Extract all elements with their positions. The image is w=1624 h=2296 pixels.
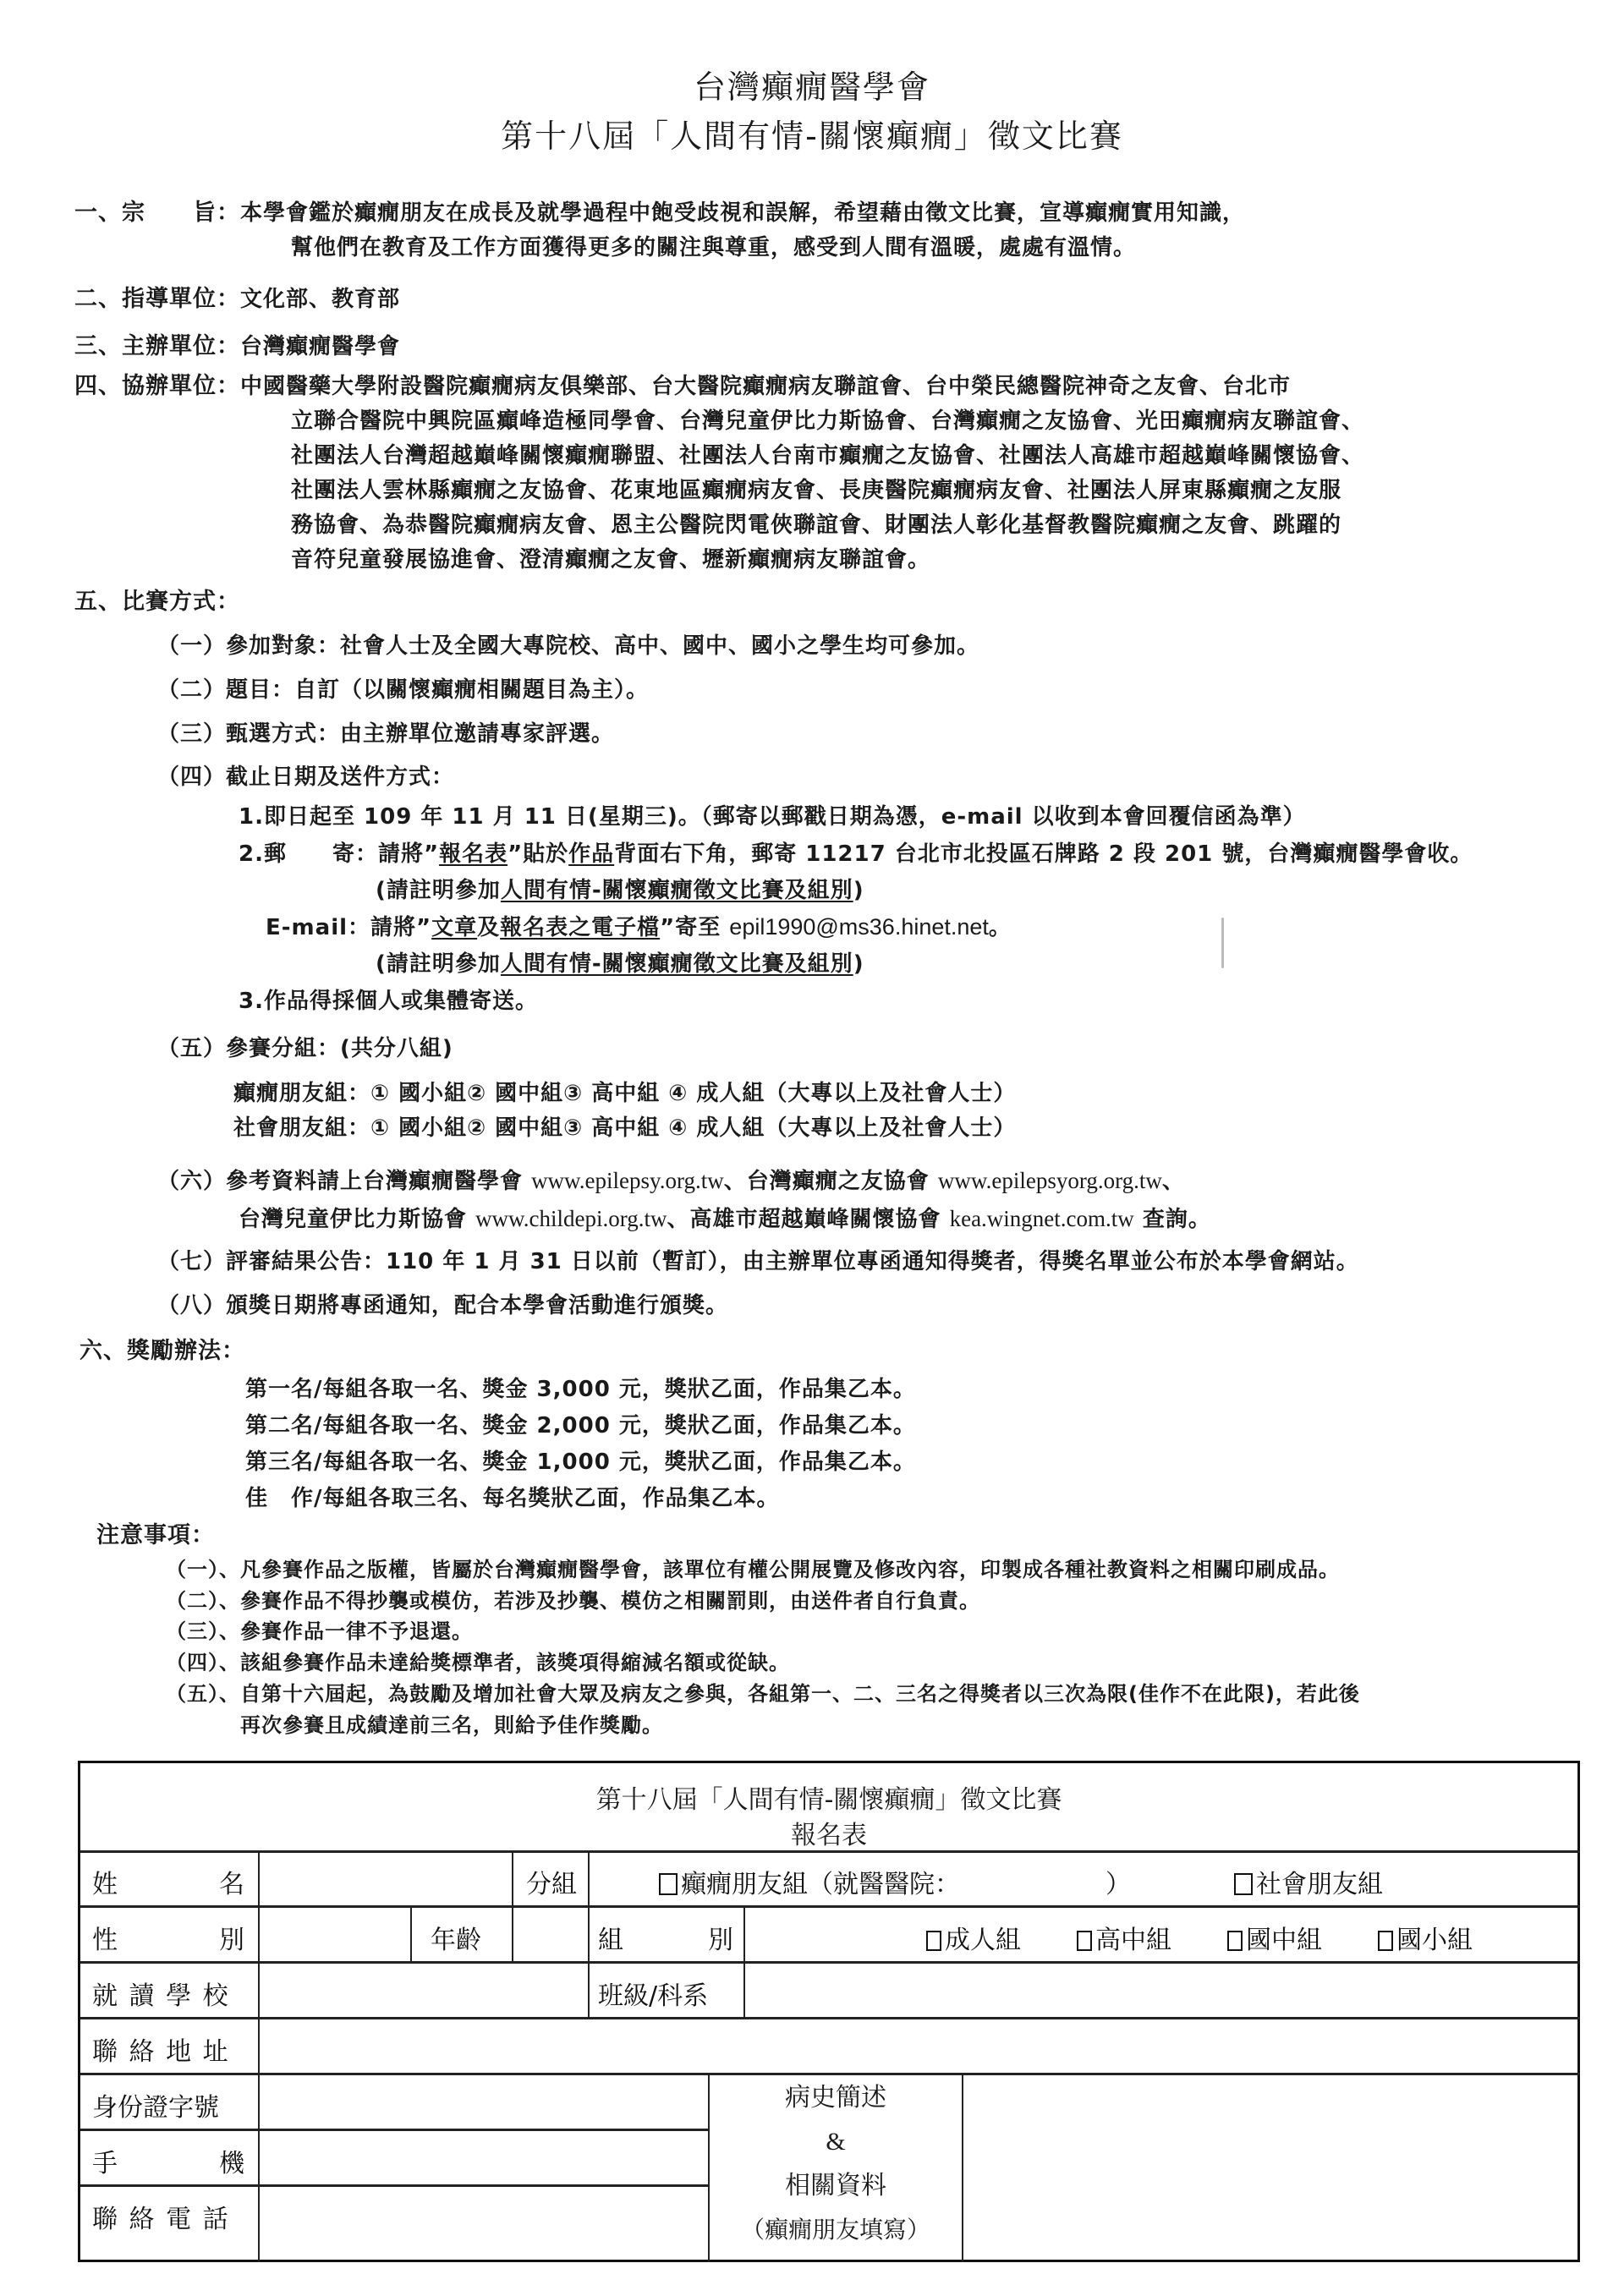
address-input[interactable]: [260, 2019, 1576, 2070]
note-2: （二）、參賽作品不得抄襲或模仿，若涉及抄襲、模仿之相關罰則，由送件者自行負責。: [166, 1587, 980, 1614]
organizer-label: 三、主辦單位：: [74, 333, 240, 359]
epilepsy-friend-checkbox[interactable]: [659, 1873, 678, 1895]
email-address-link[interactable]: epil1990@ms36.hinet.net: [729, 914, 989, 940]
email-note-underlined: 人間有情-關懷癲癇徵文比賽及組別: [501, 951, 853, 977]
mail-address-text: 背面右下角，郵寄 11217 台北市北投區石牌路 2 段 201 號，台灣癲癇醫…: [614, 841, 1473, 867]
notes-label: 注意事項：: [96, 1522, 215, 1549]
elementary-label: 國小組: [1396, 1926, 1473, 1955]
references-text-6: 查詢。: [1134, 1207, 1211, 1232]
col-divider: [410, 1905, 412, 1961]
guidance-value: 文化部、教育部: [240, 287, 400, 312]
phone-label: 聯 絡 電 話: [92, 2198, 230, 2235]
guidance-label: 二、指導單位：: [74, 286, 240, 312]
group-option-elementary[interactable]: 國小組: [1378, 1919, 1473, 1956]
email-instructions: E-mail：請將”文章及報名表之電子檔”寄至 epil1990@ms36.hi…: [266, 913, 1012, 941]
mail-work-underlined: 作品: [568, 841, 614, 867]
note-1: （一）、凡參賽作品之版權，皆屬於台灣癲癇醫學會，該單位有權公開展覽及修改內容，印…: [166, 1556, 1340, 1583]
division-label: 分組: [526, 1863, 577, 1900]
award-second: 第二名/每組各取一名、獎金 2,000 元，獎狀乙面，作品集乙本。: [245, 1412, 916, 1439]
history-input[interactable]: [965, 2075, 1576, 2260]
groups-heading: （五）參賽分組：(共分八組): [157, 1035, 453, 1062]
co-organizers-line-4: 社團法人雲林縣癲癇之友協會、花東地區癲癇病友會、長庚醫院癲癇病友會、社團法人屏東…: [291, 477, 1341, 504]
group-option-junior-high[interactable]: 國中組: [1227, 1919, 1322, 1956]
adult-checkbox[interactable]: [926, 1931, 941, 1951]
name-label: 姓名: [92, 1863, 244, 1900]
co-organizers-line-1: 中國醫藥大學附設醫院癲癇病友俱樂部、台大醫院癲癇病友聯誼會、台中榮民總醫院神奇之…: [240, 374, 1291, 399]
class-input[interactable]: [745, 1964, 1574, 2014]
purpose-line-1: 本學會鑑於癲癇朋友在成長及就學過程中飽受歧視和誤解，希望藉由徵文比賽，宣導癲癇實…: [240, 200, 1245, 226]
url-childepi[interactable]: www.childepi.org.tw: [475, 1206, 667, 1231]
gender-label-char-2: 別: [219, 1919, 244, 1956]
mail-form-underlined: 報名表: [439, 841, 507, 867]
award-honorable: 佳 作/每組各取三名、每名獎狀乙面，作品集乙本。: [245, 1485, 780, 1512]
history-label-line-3: 相關資料: [710, 2164, 962, 2208]
adult-label: 成人組: [945, 1926, 1021, 1955]
selection-item: （三）甄選方式：由主辦單位邀請專家評選。: [157, 721, 614, 748]
mail-note-suffix: ): [853, 878, 864, 903]
elementary-checkbox[interactable]: [1378, 1931, 1393, 1951]
email-note-suffix: ): [853, 951, 864, 977]
email-text-1: 請將”: [370, 915, 431, 940]
mail-instructions: 2.郵 寄：請將”報名表”貼於作品背面右下角，郵寄 11217 台北市北投區石牌…: [239, 841, 1473, 868]
co-organizers-line-6: 音符兒童發展協進會、澄清癲癇之友會、壢新癲癇病友聯誼會。: [291, 546, 930, 573]
history-label-ampersand: &: [710, 2120, 962, 2164]
purpose-section: 一、宗 旨：本學會鑑於癲癇朋友在成長及就學過程中飽受歧視和誤解，希望藉由徵文比賽…: [74, 200, 1245, 227]
junior-high-checkbox[interactable]: [1227, 1931, 1243, 1951]
mail-text-1: 請將”: [378, 841, 439, 867]
references-text-2: 、台灣癲癇之友協會: [724, 1169, 938, 1194]
deadline-suffix: (星期三)。（郵寄以郵戳日期為憑，e-mail 以收到本會回覆信函為準）: [588, 804, 1306, 830]
contest-title: 第十八屆「人間有情-關懷癲癇」徵文比賽: [0, 110, 1624, 156]
participants-item: （一）參加對象：社會人士及全國大專院校、高中、國中、國小之學生均可參加。: [157, 633, 979, 660]
history-label: 病史簡述 & 相關資料 （癲癇朋友填寫）: [710, 2076, 962, 2252]
co-organizers-line-2: 立聯合醫院中興院區癲峰造極同學會、台灣兒童伊比力斯協會、台灣癲癇之友協會、光田癲…: [291, 408, 1364, 435]
co-organizers-section: 四、協辦單位：中國醫藥大學附設醫院癲癇病友俱樂部、台大醫院癲癇病友聯誼會、台中榮…: [74, 373, 1291, 400]
group-label: 組別: [598, 1919, 733, 1956]
references-text-1: （六）參考資料請上台灣癲癇醫學會: [157, 1169, 531, 1194]
references-text-3: 、: [1162, 1169, 1185, 1194]
deadline-prefix: 1.即日起至: [239, 804, 364, 830]
division-epilepsy-option[interactable]: 癲癇朋友組（就醫醫院：: [659, 1863, 960, 1900]
note-3: （三）、參賽作品一律不予退還。: [166, 1618, 473, 1645]
hospital-close-paren: ）: [1106, 1863, 1131, 1900]
note-5: （五）、自第十六屆起，為鼓勵及增加社會大眾及病友之參與，各組第一、二、三名之得獎…: [166, 1680, 1360, 1707]
email-note: (請註明參加人間有情-關懷癲癇徵文比賽及組別): [376, 951, 864, 978]
mail-note: (請註明參加人間有情-關懷癲癇徵文比賽及組別): [376, 877, 864, 904]
award-third: 第三名/每組各取一名、獎金 1,000 元，獎狀乙面，作品集乙本。: [245, 1449, 916, 1476]
col-divider: [962, 2073, 963, 2262]
email-text-4: 。: [989, 915, 1012, 940]
awards-label: 六、獎勵辦法：: [80, 1338, 245, 1365]
form-title: 第十八屆「人間有情-關懷癲癇」徵文比賽: [80, 1778, 1577, 1816]
name-label-char-1: 姓: [92, 1863, 118, 1900]
email-text-2: 及: [477, 915, 500, 940]
social-friend-checkbox[interactable]: [1234, 1873, 1253, 1895]
history-label-line-1: 病史簡述: [710, 2076, 962, 2120]
group-option-adult[interactable]: 成人組: [926, 1919, 1021, 1956]
url-kea[interactable]: kea.wingnet.com.tw: [950, 1206, 1134, 1231]
organizer-section: 三、主辦單位：台灣癲癇醫學會: [74, 333, 400, 360]
mobile-label-char-1: 手: [92, 2142, 118, 2179]
email-text-3: ”寄至: [660, 915, 729, 940]
gender-label-char-1: 性: [92, 1919, 118, 1956]
ceremony-item: （八）頒獎日期將專函通知，配合本學會活動進行頒獎。: [157, 1292, 728, 1319]
email-label: E-mail：: [266, 915, 370, 940]
group-submit-item: 3.作品得採個人或集體寄送。: [239, 988, 538, 1015]
references-line-2: 台灣兒童伊比力斯協會 www.childepi.org.tw、高雄市超越巔峰關懷…: [239, 1205, 1211, 1233]
mobile-label-char-2: 機: [219, 2142, 244, 2179]
social-friend-label: 社會朋友組: [1256, 1870, 1383, 1899]
id-number-input[interactable]: [260, 2075, 706, 2126]
group-label-char-1: 組: [598, 1919, 623, 1956]
purpose-label: 一、宗 旨：: [74, 200, 240, 226]
form-subtitle: 報名表: [80, 1814, 1577, 1851]
topic-item: （二）題目：自訂（以關懷癲癇相關題目為主）。: [157, 677, 649, 704]
high-school-label: 高中組: [1095, 1926, 1171, 1955]
history-label-line-4: （癲癇朋友填寫）: [710, 2208, 962, 2252]
mail-text-2: ”貼於: [507, 841, 568, 867]
deadline-date: 109 年 11 月 11 日: [364, 804, 588, 830]
group-epilepsy-friends: 癲癇朋友組：① 國小組② 國中組③ 高中組 ④ 成人組（大專以上及社會人士）: [233, 1080, 1016, 1107]
note-5-continued: 再次參賽且成績達前三名，則給予佳作獎勵。: [240, 1712, 663, 1739]
gender-label: 性別: [92, 1919, 244, 1956]
registration-form: 第十八屆「人間有情-關懷癲癇」徵文比賽 報名表 姓名 分組 癲癇朋友組（就醫醫院…: [78, 1761, 1580, 2262]
format-label: 五、比賽方式：: [74, 589, 240, 616]
division-social-option[interactable]: 社會朋友組: [1234, 1863, 1383, 1900]
org-title: 台灣癲癇醫學會: [0, 61, 1624, 107]
col-divider: [588, 1850, 590, 2017]
group-social-friends: 社會朋友組：① 國小組② 國中組③ 高中組 ④ 成人組（大專以上及社會人士）: [233, 1115, 1016, 1142]
class-label: 班級/科系: [598, 1975, 708, 2012]
url-epilepsy-friends[interactable]: www.epilepsyorg.org.tw: [938, 1168, 1162, 1193]
deadline-line: 1.即日起至 109 年 11 月 11 日(星期三)。（郵寄以郵戳日期為憑，e…: [239, 803, 1306, 830]
email-article-underlined: 文章: [431, 915, 477, 940]
mobile-input[interactable]: [260, 2131, 706, 2182]
co-organizers-line-3: 社團法人台灣超越巔峰關懷癲癇聯盟、社團法人台南市癲癇之友協會、社團法人高雄市超越…: [291, 442, 1364, 469]
note-4: （四）、該組參賽作品未達給獎標準者，該獎項得縮減名額或從缺。: [166, 1649, 790, 1676]
references-text-4: 台灣兒童伊比力斯協會: [239, 1207, 475, 1232]
references-line-1: （六）參考資料請上台灣癲癇醫學會 www.epilepsy.org.tw、台灣癲…: [157, 1167, 1185, 1195]
epilepsy-friend-label: 癲癇朋友組（就醫醫院：: [681, 1870, 960, 1899]
name-label-char-2: 名: [219, 1863, 244, 1900]
group-label-char-2: 別: [708, 1919, 733, 1956]
age-label: 年齡: [431, 1919, 481, 1956]
group-option-high-school[interactable]: 高中組: [1077, 1919, 1171, 1956]
email-form-file-underlined: 報名表之電子檔: [500, 915, 660, 940]
gender-input[interactable]: [260, 1908, 409, 1959]
guidance-section: 二、指導單位：文化部、教育部: [74, 286, 400, 313]
age-input[interactable]: [513, 1908, 586, 1959]
address-label: 聯 絡 地 址: [92, 2030, 230, 2068]
id-number-label: 身份證字號: [92, 2086, 219, 2123]
deadline-heading: （四）截止日期及送件方式：: [157, 764, 454, 791]
scan-artifact: [1221, 918, 1224, 968]
mail-note-prefix: (請註明參加: [376, 878, 501, 903]
mail-label: 2.郵 寄：: [239, 841, 378, 867]
purpose-line-2: 幫他們在教育及工作方面獲得更多的關注與尊重，感受到人間有溫暖，處處有溫情。: [291, 234, 1136, 261]
school-input[interactable]: [260, 1964, 586, 2014]
name-input[interactable]: [260, 1853, 510, 1904]
organizer-value: 台灣癲癇醫學會: [240, 334, 400, 359]
school-label: 就 讀 學 校: [92, 1975, 230, 2012]
email-note-prefix: (請註明參加: [376, 951, 501, 977]
co-organizers-line-5: 務協會、為恭醫院癲癇病友會、恩主公醫院閃電俠聯誼會、財團法人彰化基督教醫院癲癇之…: [291, 512, 1341, 539]
url-epilepsy-society[interactable]: www.epilepsy.org.tw: [531, 1168, 724, 1193]
references-text-5: 、高雄市超越巔峰關懷協會: [667, 1207, 950, 1232]
high-school-checkbox[interactable]: [1077, 1931, 1092, 1951]
mobile-label: 手機: [92, 2142, 244, 2179]
phone-input[interactable]: [260, 2187, 706, 2238]
award-first: 第一名/每組各取一名、獎金 3,000 元，獎狀乙面，作品集乙本。: [245, 1376, 916, 1403]
mail-note-underlined: 人間有情-關懷癲癇徵文比賽及組別: [501, 878, 853, 903]
junior-high-label: 國中組: [1246, 1926, 1322, 1955]
results-item: （七）評審結果公告：110 年 1 月 31 日以前（暫訂），由主辦單位專函通知…: [157, 1248, 1359, 1275]
co-organizers-label: 四、協辦單位：: [74, 373, 240, 399]
